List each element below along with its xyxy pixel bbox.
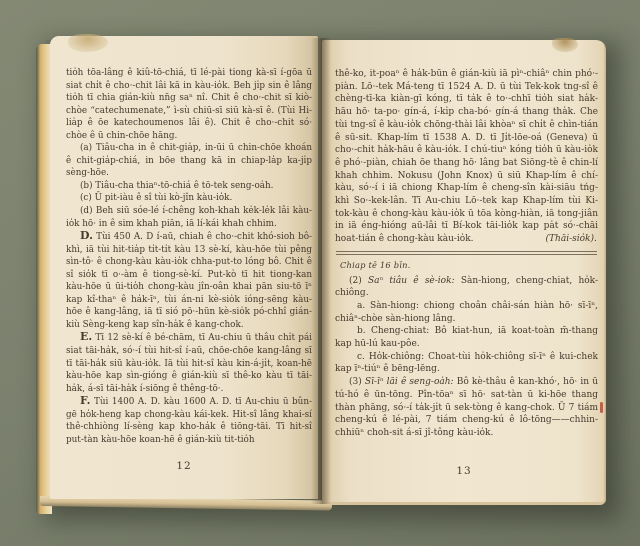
text-segment: (c) Ū pit-iàu ê sî tùi kò-jîn kàu-io̍k. — [80, 193, 232, 203]
text-segment: (2) — [349, 276, 368, 286]
paragraph: (a) Tiâu-cha in ê chit-gia̍p, in-ūi ū ch… — [66, 142, 312, 180]
continued-from-note: Chiap tē 16 bīn. — [340, 259, 598, 272]
text-segment: (3) — [349, 377, 365, 387]
text-segment: Tī 12 sè-kí ê bé-chām, tī Au-chiu ū thâu… — [66, 333, 312, 393]
text-segment: E. — [80, 330, 92, 343]
paragraph: tio̍h tōa-lâng ê kiû-tō-chiá, tī lé-pài … — [66, 67, 312, 142]
paragraph: b. Cheng-chiat: Bô kiat-hun, iā koat-toà… — [335, 325, 598, 350]
paragraph: (2) Saⁿ tiâu ê sè-iok: Sàn-hiong, cheng-… — [335, 275, 598, 300]
text-segment: Tùi 450 A. D í-aū, chiah ê cho·-chit khó… — [66, 232, 312, 330]
text-segment: a. Sàn-hiong: chiong choân châi-sán hiàn… — [335, 301, 598, 324]
text-segment: tio̍h tōa-lâng ê kiû-tō-chiá, tī lé-pài … — [66, 68, 312, 141]
page-number-left: 12 — [50, 460, 318, 472]
text-segment: (d) Beh siū sóe-lé í-chêng koh-khah ke̍k… — [66, 206, 312, 229]
text-segment: Chiap tē 16 bīn. — [340, 260, 410, 270]
text-segment: (Thāi-sio̍k). — [546, 234, 597, 244]
text-segment: D. — [80, 229, 93, 242]
text-segment: F. — [80, 394, 90, 407]
text-segment: Sī-īⁿ lāi ê seng-oa̍h: — [365, 377, 454, 387]
paragraph: (d) Beh siū sóe-lé í-chêng koh-khah ke̍k… — [66, 205, 312, 230]
left-page: tio̍h tōa-lâng ê kiû-tō-chiá, tī lé-pài … — [50, 36, 318, 499]
text-segment: c. Ho̍k-chiông: Choat-tùi ho̍k-chiông sī… — [335, 352, 598, 375]
right-page-text: thê-ko, it-poaⁿ ê ha̍k-būn ê gián-kiù iā… — [335, 68, 598, 440]
page-number-right: 13 — [322, 465, 606, 477]
paragraph: (b) Tiâu-cha thiaⁿ-tō-chiá ê tō-tek seng… — [66, 180, 312, 193]
paragraph: F. Tùi 1400 A. D. kàu 1600 A. D. tī Au-c… — [66, 395, 312, 446]
text-segment: thê-ko, it-poaⁿ ê ha̍k-būn ê gián-kiù iā… — [335, 69, 598, 244]
page-stain — [68, 34, 108, 52]
red-edge-mark — [600, 402, 603, 413]
paragraph: (c) Ū pit-iàu ê sî tùi kò-jîn kàu-io̍k. — [66, 192, 312, 205]
paragraph: (3) Sī-īⁿ lāi ê seng-oa̍h: Bô kè-thâu ê … — [335, 376, 598, 440]
left-page-text: tio̍h tōa-lâng ê kiû-tō-chiá, tī lé-pài … — [66, 67, 312, 446]
page-stain — [552, 38, 578, 52]
text-segment: (a) Tiâu-cha in ê chit-gia̍p, in-ūi ū ch… — [66, 143, 312, 178]
paragraph: E. Tī 12 sè-kí ê bé-chām, tī Au-chiu ū t… — [66, 331, 312, 395]
book-scan-photo: tio̍h tōa-lâng ê kiû-tō-chiá, tī lé-pài … — [0, 0, 640, 546]
paragraph: thê-ko, it-poaⁿ ê ha̍k-būn ê gián-kiù iā… — [335, 68, 598, 246]
text-segment: Tùi 1400 A. D. kàu 1600 A. D. tī Au-chiu… — [66, 397, 312, 445]
paragraph: c. Ho̍k-chiông: Choat-tùi ho̍k-chiông sī… — [335, 351, 598, 376]
paragraph: D. Tùi 450 A. D í-aū, chiah ê cho·-chit … — [66, 230, 312, 331]
text-segment: b. Cheng-chiat: Bô kiat-hun, iā koat-toà… — [335, 326, 598, 349]
paragraph: a. Sàn-hiong: chiong choân châi-sán hiàn… — [335, 300, 598, 325]
text-segment: Saⁿ tiâu ê sè-iok: — [368, 276, 455, 286]
section-divider — [336, 251, 597, 255]
right-page: thê-ko, it-poaⁿ ê ha̍k-būn ê gián-kiù iā… — [322, 40, 606, 505]
text-segment: (b) Tiâu-cha thiaⁿ-tō-chiá ê tō-tek seng… — [80, 181, 273, 191]
